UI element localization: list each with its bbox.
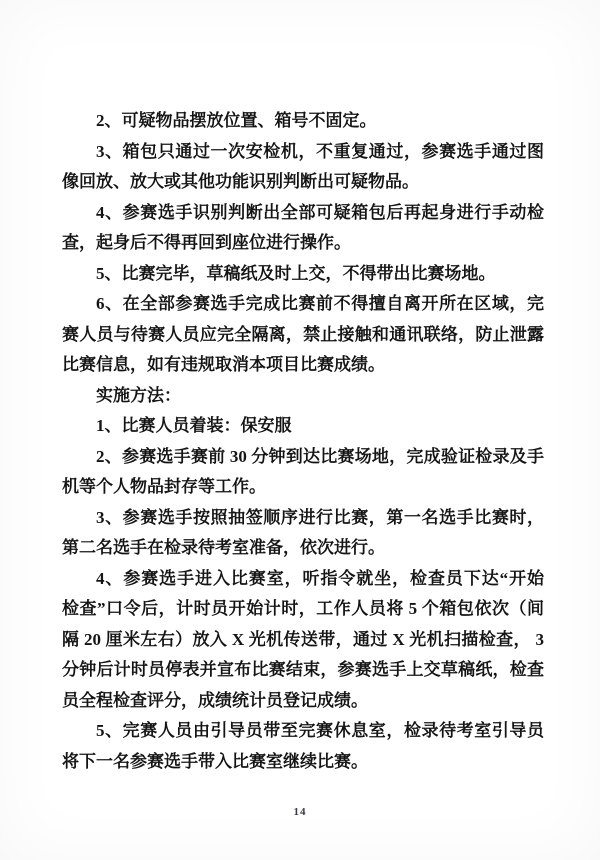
text-line: 第二名选手在检录待考室准备，依次进行。 [62, 533, 544, 564]
text-line: 比赛信息，如有违规取消本项目比赛成绩。 [62, 350, 544, 381]
text-line: 3、参赛选手按照抽签顺序进行比赛，第一名选手比赛时， [62, 503, 544, 534]
text-line: 1、比赛人员着装：保安服 [62, 411, 544, 442]
text-line: 4、参赛选手进入比赛室，听指令就坐，检查员下达“开始 [62, 564, 544, 595]
text-line: 将下一名参赛选手带入比赛室继续比赛。 [62, 747, 544, 778]
text-line: 5、完赛人员由引导员带至完赛休息室，检录待考室引导员 [62, 716, 544, 747]
text-line: 赛人员与待赛人员应完全隔离，禁止接触和通讯联络，防止泄露 [62, 320, 544, 351]
section-heading: 实施方法： [62, 381, 544, 412]
text-line: 员全程检查评分，成绩统计员登记成绩。 [62, 686, 544, 717]
document-page: 2、可疑物品摆放位置、箱号不固定。 3、箱包只通过一次安检机，不重复通过，参赛选… [0, 0, 600, 860]
text-line: 像回放、放大或其他功能识别判断出可疑物品。 [62, 167, 544, 198]
text-line: 机等个人物品封存等工作。 [62, 472, 544, 503]
text-line: 隔 20 厘米左右）放入 X 光机传送带，通过 X 光机扫描检查， 3 [62, 625, 544, 656]
text-line: 检查”口令后，计时员开始计时，工作人员将 5 个箱包依次（间 [62, 594, 544, 625]
text-line: 3、箱包只通过一次安检机，不重复通过，参赛选手通过图 [62, 137, 544, 168]
text-line: 分钟后计时员停表并宣布比赛结束，参赛选手上交草稿纸，检查 [62, 655, 544, 686]
text-line: 2、可疑物品摆放位置、箱号不固定。 [62, 106, 544, 137]
text-line: 5、比赛完毕，草稿纸及时上交，不得带出比赛场地。 [62, 259, 544, 290]
text-line: 2、参赛选手赛前 30 分钟到达比赛场地，完成验证检录及手 [62, 442, 544, 473]
document-body: 2、可疑物品摆放位置、箱号不固定。 3、箱包只通过一次安检机，不重复通过，参赛选… [62, 106, 544, 777]
page-number: 14 [0, 806, 600, 818]
text-line: 查，起身后不得再回到座位进行操作。 [62, 228, 544, 259]
text-line: 6、在全部参赛选手完成比赛前不得擅自离开所在区域，完 [62, 289, 544, 320]
text-line: 4、参赛选手识别判断出全部可疑箱包后再起身进行手动检 [62, 198, 544, 229]
